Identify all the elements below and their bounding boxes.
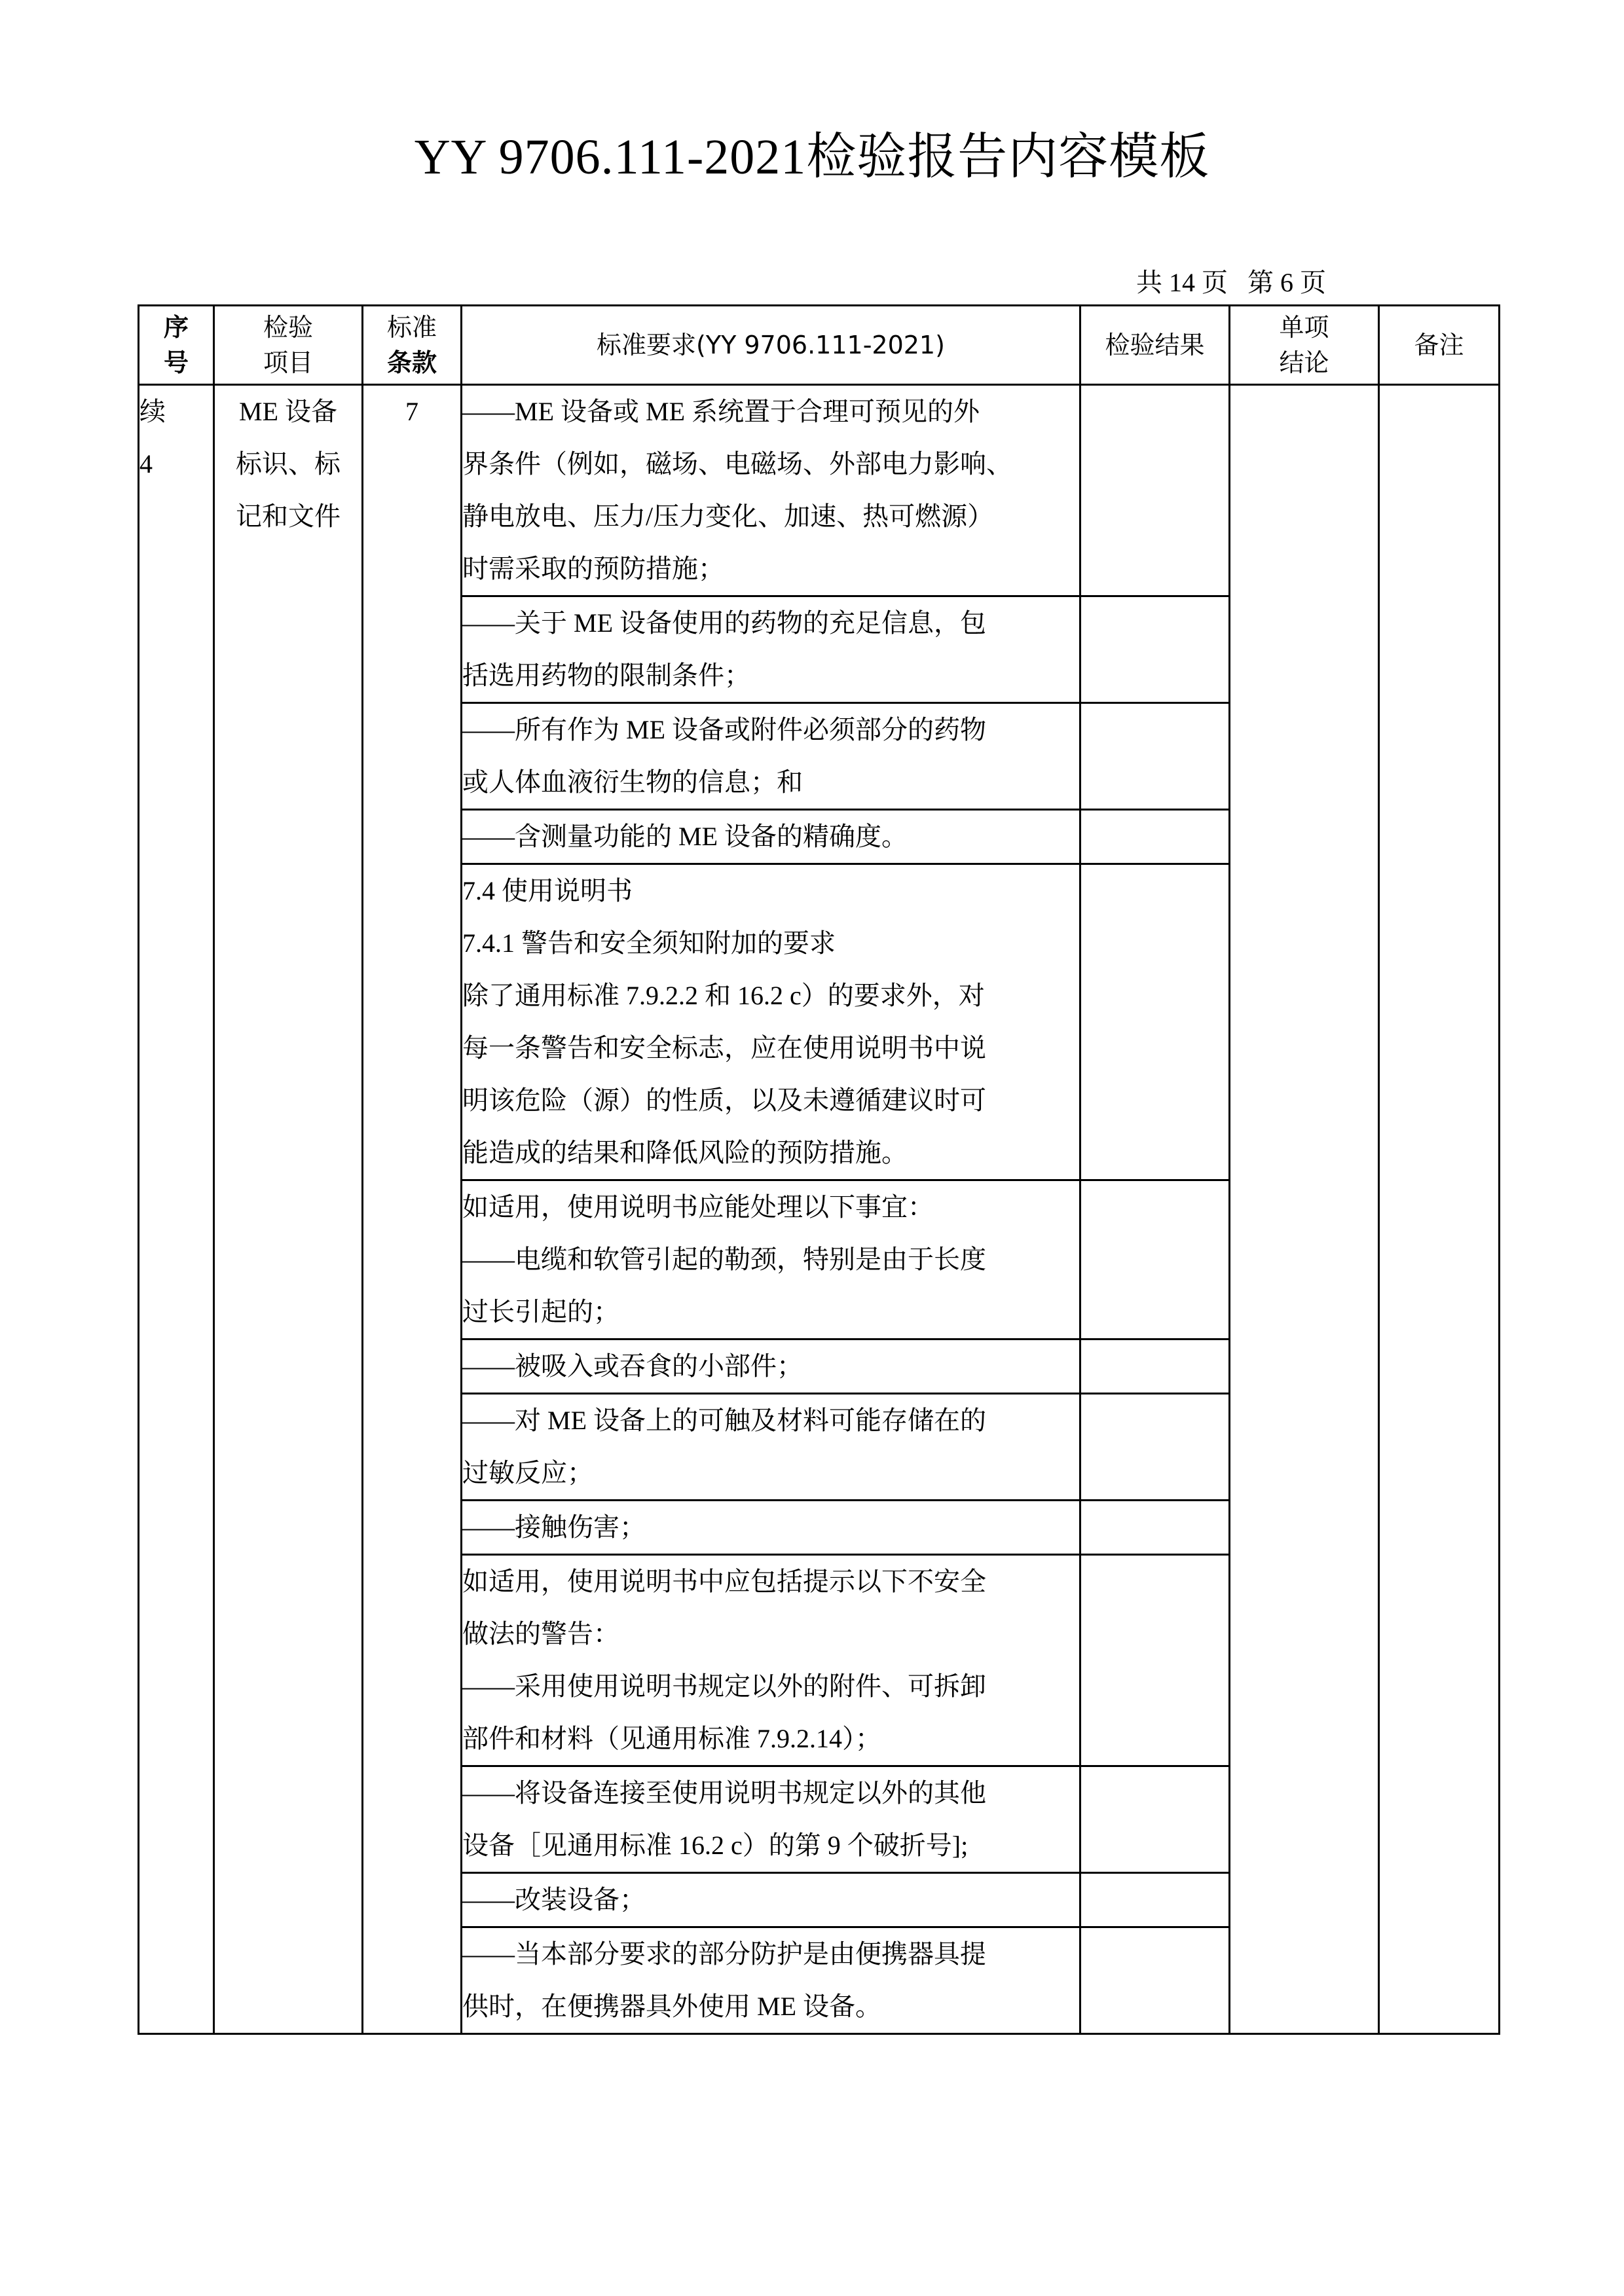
- header-requirement: 标准要求(YY 9706.111-2021): [462, 306, 1080, 385]
- result-cell[interactable]: [1080, 703, 1230, 810]
- seq-cell: 续 4: [139, 385, 214, 2034]
- requirement-cell: 7.4 使用说明书 7.4.1 警告和安全须知附加的要求 除了通用标准 7.9.…: [462, 864, 1080, 1180]
- result-cell[interactable]: [1080, 1555, 1230, 1766]
- requirement-cell: ——接触伤害；: [462, 1501, 1080, 1555]
- requirement-cell: 如适用，使用说明书应能处理以下事宜： ——电缆和软管引起的勒颈，特别是由于长度 …: [462, 1180, 1080, 1339]
- requirement-cell: ——所有作为 ME 设备或附件必须部分的药物 或人体血液衍生物的信息；和: [462, 703, 1080, 810]
- header-result: 检验结果: [1080, 306, 1230, 385]
- result-cell[interactable]: [1080, 596, 1230, 703]
- remark-cell[interactable]: [1379, 385, 1500, 2034]
- header-row: 序 号 检验 项目 标准 条款 标准要求(YY 9706.111-2021) 检…: [139, 306, 1500, 385]
- result-cell[interactable]: [1080, 1180, 1230, 1339]
- requirement-cell: ——关于 ME 设备使用的药物的充足信息，包 括选用药物的限制条件；: [462, 596, 1080, 703]
- requirement-cell: 如适用，使用说明书中应包括提示以下不安全 做法的警告： ——采用使用说明书规定以…: [462, 1555, 1080, 1766]
- document-title: YY 9706.111-2021检验报告内容模板: [0, 117, 1624, 188]
- requirement-cell: ——当本部分要求的部分防护是由便携器具提 供时，在便携器具外使用 ME 设备。: [462, 1927, 1080, 2034]
- clause-cell: 7: [363, 385, 462, 2034]
- result-cell[interactable]: [1080, 385, 1230, 596]
- inspection-report-table: 序 号 检验 项目 标准 条款 标准要求(YY 9706.111-2021) 检…: [138, 304, 1500, 2035]
- requirement-cell: ——将设备连接至使用说明书规定以外的其他 设备［见通用标准 16.2 c）的第 …: [462, 1766, 1080, 1873]
- result-cell[interactable]: [1080, 1766, 1230, 1873]
- header-item: 检验 项目: [214, 306, 363, 385]
- header-seq: 序 号: [139, 306, 214, 385]
- result-cell[interactable]: [1080, 1927, 1230, 2034]
- table-row: 续 4 ME 设备 标识、标 记和文件 7 ——ME 设备或 ME 系统置于合理…: [139, 385, 1500, 596]
- requirement-cell: ——被吸入或吞食的小部件；: [462, 1339, 1080, 1394]
- requirement-cell: ——改装设备；: [462, 1873, 1080, 1927]
- conclusion-cell[interactable]: [1230, 385, 1379, 2034]
- header-remark: 备注: [1379, 306, 1500, 385]
- result-cell[interactable]: [1080, 1339, 1230, 1394]
- result-cell[interactable]: [1080, 864, 1230, 1180]
- requirement-cell: ——含测量功能的 ME 设备的精确度。: [462, 810, 1080, 864]
- result-cell[interactable]: [1080, 1394, 1230, 1501]
- item-cell: ME 设备 标识、标 记和文件: [214, 385, 363, 2034]
- requirement-cell: ——对 ME 设备上的可触及材料可能存储在的 过敏反应；: [462, 1394, 1080, 1501]
- header-clause: 标准 条款: [363, 306, 462, 385]
- result-cell[interactable]: [1080, 1501, 1230, 1555]
- requirement-cell: ——ME 设备或 ME 系统置于合理可预见的外 界条件（例如，磁场、电磁场、外部…: [462, 385, 1080, 596]
- page-counter: 共 14 页 第 6 页: [1136, 262, 1326, 299]
- result-cell[interactable]: [1080, 1873, 1230, 1927]
- header-conclusion: 单项 结论: [1230, 306, 1379, 385]
- result-cell[interactable]: [1080, 810, 1230, 864]
